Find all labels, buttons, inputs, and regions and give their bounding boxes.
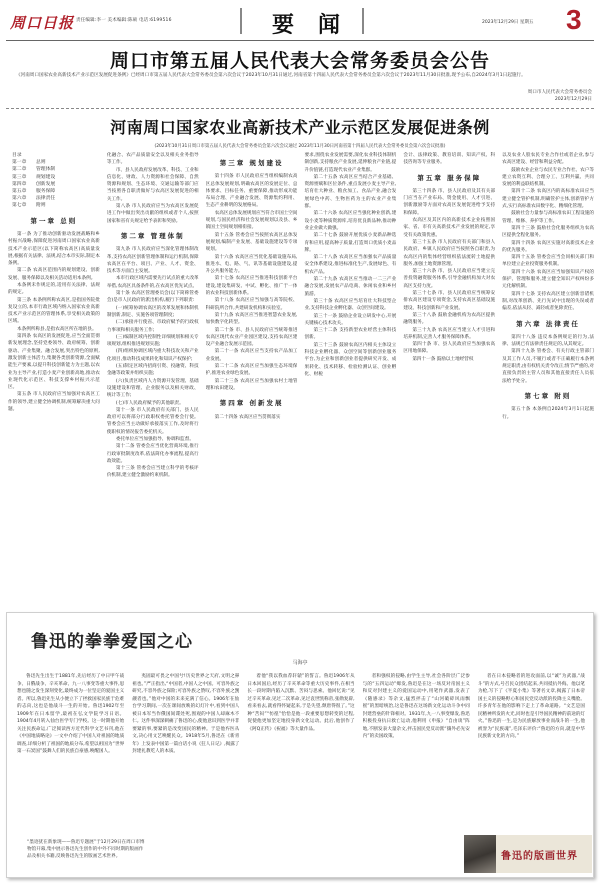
article: 第三十一条 鼓励企业设立研发中心,开展关键核心技术攻关。 [304,313,396,328]
article: 第四十三条 鼓励社会化服务组织为农高区提供全程化服务。 [502,225,594,240]
article: 第三十七条 市、县人民政府应当统筹安排农高区建设专项资金,支持农高区基础设施建设… [403,290,495,312]
article: 第二十七条 鼓励开展优质小麦新品种选育和应用,提高种子质量,打造周口优质小麦品牌… [304,232,396,254]
article: (四)组织协调区域内重大科技攻关和产业化项目,推动科技成果转化和知识产权保护; [107,348,199,363]
article: (五)制定区域内招商引资、投融资、科技金融等政策并组织实施; [107,363,199,378]
article: 市、县人民政府发展改革、科技、工业和信息化、财政、人力资源和社会保障、自然资源和… [107,167,199,203]
article: 第二十四条 农高区应当贯彻落实 [206,414,298,421]
article: 第十三条 管委会应当建立科学的考核评价机制,建立健全激励约束机制。 [107,465,199,480]
article: 第三十五条 市人民政府有关部门和县人民政府、乡镇人民政府应当按照各自职责,为农高… [403,239,495,268]
article: 第二十六条 农高区应当强化种业创新,建设小麦等种质资源库,培育优良新品种,推动种… [304,210,396,232]
article: 第四十八条 违反本条例规定的行为,法律、法规已有法律责任规定的,从其规定。 [502,334,594,349]
article: 第八条 市人民政府应当为农高区发展促进工作中做出突出贡献的组织或者个人,按照国家… [107,203,199,225]
dashed-divider [6,108,594,109]
issue-date: 2023年12月29日 星期五 [482,19,533,25]
article: 农高区总体发展规划应当符合市国土空间规划,与国民经济和社会发展规划以及县、乡镇国… [206,210,298,232]
article: 本条例未作规定的,适用有关法律、法规的规定。 [8,282,100,297]
article: (六)负责区域内人力资源开发管理、基础设施建设和管理、企业服务以及相关财政、统计… [107,378,199,400]
regulation-column-2: 化融合、农产品质量安全以及相关业务指导等工作。 市、县人民政府发展改革、科技、工… [107,152,199,612]
article: 第十二条 管委会应当优化营商环境,推行行政审批制度改革,依法简化办事流程,提高行… [107,443,199,465]
toc-item: 第七章附则 [8,202,100,209]
article: 第四十六条 农高区应当加强知识产权的保护、管理和服务,建立健全知识产权纠纷多元化… [502,269,594,291]
chapter-heading: 第六章 法律责任 [502,321,594,328]
article: 第二十九条 农高区应当推动一二三产业融合发展,发展农产品电商、休闲农业和乡村旅游… [304,276,396,298]
article: 第四十一条 鼓励以土地经营权 [403,356,495,363]
article: 第二十条 市、县人民政府应当统筹推进农高区现代农业产业园区建设,支持农高区建设产… [206,327,298,349]
feature-column: 夷固最可畏之中国兮!历史世界之天府,文明之鼻祖也。”严正指出,“中国者,中国人之… [132,673,239,843]
chapter-heading: 第四章 创新发展 [206,400,298,407]
regulation-title: 河南周口国家农业高新技术产业示范区发展促进条例 [0,115,600,138]
article: 第二十二条 农高区应当加强生态环境保护,推进农业绿色发展。 [206,363,298,378]
toc-item: 第五章服务保障 [8,188,100,195]
article: 第三十九条 农高区应当建立人才引进和培养机制,完善人才服务保障体系。 [403,327,495,342]
feature-body: 鲁迅先生出生于1881年,先后经历了中日甲午战争、日俄战争、辛亥革命、九一八事变… [17,673,585,843]
notice-body: 《河南周口国家农业高新技术产业示范区发展促进条例》已经周口市第五届人民代表大会常… [6,72,594,79]
article: 第四十九条 管委会、有关行政主管部门及其工作人员,不履行或者不正确履行本条例规定… [502,348,594,384]
article: 第三十六条 市、县人民政府应当建立完善投资融资服务体系,引导金融机构加大对农高区… [403,268,495,290]
promo-label: 鲁迅的版画世界 [501,847,578,862]
article-continued: 要求,围绕农业发展需要,深化农业科技体制机制创新,支持粮食产业发展,延伸粮食产业… [304,152,396,174]
article: 第一条 为了推动创新驱动发展战略和乡村振兴战略,保障促进河南周口国家农业高新技术… [8,231,100,267]
article: 鼓励社会力量参与高标准农田工程设施的管理、维修、养护等工作。 [502,210,594,225]
regulation-column-3: 第三章 规划建设 第十四条 市人民政府应当组织编制农高区总体发展规划,明确农高区… [206,152,298,612]
header-rule [6,40,594,41]
article: 农高区及其区内的高新技术企业按照国家、省、市有关高新技术产业发展的规定,享受有关… [403,217,495,239]
article: 第十四条 市人民政府应当组织编制农高区总体发展规划,明确农高区的发展定位、总体要… [206,173,298,209]
chapter-heading: 第二章 管理体制 [107,233,199,240]
article-continued: 化融合、农产品质量安全以及相关业务指导等工作。 [107,152,199,167]
article: 第二条 农高区范围内的规划建设、创新发展、服务保障以及相关活动适用本条例。 [8,267,100,282]
feature-title: 鲁迅的拳拳爱国之心 [31,627,193,652]
chapter-heading: 第三章 规划建设 [206,160,298,167]
section-title: 要闻 [272,8,364,39]
editors-line: 责任编辑:李一 美术编辑:陈硕 电话:6199516 [76,17,172,23]
article: 第二十一条 农高区应当支持农产品加工业发展。 [206,348,298,363]
toc-label: 目录 [8,152,100,159]
regulation-body: 目录 第一章总则 第二章管理体制 第三章规划建设 第四章创新发展 第五章服务保障… [8,152,594,612]
regulation-column-6: 以及农业人股农民专业合作社或者企业,参与农高区建设、经营和利益分配。 鼓励农业企… [502,152,594,612]
feature-article: 鲁迅的拳拳爱国之心 马海亭 鲁迅先生出生于1881年,先后经历了中日甲午战争、日… [6,612,594,878]
article: 第十九条 农高区应当推进智慧农业发展,加快数字化转型。 [206,312,298,327]
article: 第十一条 市人民政府有关部门、县人民政府可以将部分行政职权委托管委会行使。管委会… [107,407,199,436]
article: 第二十五条 农高区应当结合产业基础、资源禀赋和区位条件,重点发展小麦主导产业,培… [304,174,396,210]
article: 第四十四条 农高区实施对高新技术企业的优先服务。 [502,240,594,255]
toc-item: 第二章管理体制 [8,166,100,173]
article: (二)承接并行使省、市政府赋予的行政权力事项和相关服务工作; [107,319,199,334]
article: 第十五条 管委会应当按照农高区总体发展规划,编制产业发展、基础设施建设等专项规划… [206,232,298,254]
article: 第十条 农高区管理委员会(以下简称管委会)是市人民政府的派出机构,履行下列职责: [107,290,199,305]
promo-banner: 鲁迅的版画世界 [464,835,592,873]
article-continued: 以及农业人股农民专业合作社或者企业,参与农高区建设、经营和利益分配。 [502,152,594,167]
article: (一)统筹协调农高区的改革发展和体制机制创新,制定、实施各项管理制度; [107,305,199,320]
chapter-heading: 第一章 总则 [8,218,100,225]
article-continued: 会计、法律政策、教育培训、知识产权、科技咨询等专业服务。 [403,152,495,167]
article: 第二十三条 农高区应当加强农村土地管理和农田建设。 [206,378,298,393]
article: 第三十二条 支持新型农业经营主体科技创新。 [304,327,396,342]
page-number: 3 [566,4,582,36]
article: 第三十八条 鼓励金融机构为农高区提供融资服务。 [403,312,495,327]
article: 第五条 市人民政府应当加强对农高区工作的领导,建立健全协调机制,统筹解决重大问题… [8,391,100,413]
article: 第三十三条 鼓励农高区内相关主体设立科技企业孵化器、众创空间等创新创业服务平台,… [304,342,396,378]
divider [362,8,364,34]
feature-column: 者和强权的侵略,由学生主导,社会各阶层广泛参与的“五四运动”爆发,鲁迅是在这一场… [363,673,470,843]
toc-item: 第三章规划建设 [8,174,100,181]
article: 第三十条 农高区应当培育壮大科技型企业,支持科技企业孵化器、众创空间建设。 [304,298,396,313]
toc-item: 第四章创新发展 [8,181,100,188]
article: 本条例所称县,是指农高区所在地的县。 [8,326,100,333]
article: 第四十二条 农高区内的高标准农田应当建立健全管护机制,明确管护主体,创新管护方式… [502,188,594,210]
lu-xun-photo [464,835,496,873]
article: 第十七条 农高区应当推进科技创新平台建设,建设集研发、中试、孵化、推广于一体的农… [206,275,298,297]
article: 第五十条 本条例自2024年3月1日起施行。 [502,406,594,421]
article: 第四十五条 管委会应当会同相关部门和单位建立企业投资服务机制。 [502,254,594,269]
article: 第十八条 农高区应当加强与高等院校、科研院所合作,共建研发机构和实验室。 [206,297,298,312]
toc-item: 第六章法律责任 [8,195,100,202]
regulation-column-4: 要求,围绕农业发展需要,深化农业科技体制机制创新,支持粮食产业发展,延伸粮食产业… [304,152,396,612]
notice-signature: 周口市人民代表大会常务委员会 2023年12月29日 [528,89,592,103]
feature-column: 着他“我以我血荐轩辕”的誓言。鲁迅1906年从日本回国后,经历了辛亥革命等重大历… [247,673,354,843]
article: 第三十四条 市、县人民政府及其有关部门应当在产业布局、资金使用、人才引进、创新激… [403,188,495,217]
article: 第四十条 市、县人民政府应当加强农高区用地保障。 [403,341,495,356]
article: (七)市人民政府赋予的其他职责。 [107,400,199,407]
regulation-column-5: 会计、法律政策、教育培训、知识产权、科技咨询等专业服务。 第五章 服务保障 第三… [403,152,495,612]
feature-author: 马海亭 [7,659,593,666]
article: (三)编制区域内控制性详细规划和相关专项规划,组织推进规划实施; [107,334,199,349]
regulation-subtitle: (2023年10月31日周口市第五届人民代表大会常务委员会第六次会议通过 202… [0,143,600,149]
article: 第二十八条 农高区应当加强农产品质量安全体系建设,推进标准化生产,发展绿色、有机… [304,254,396,276]
article: 第三条 本条例所称农高区,是指国务院批复设立的,本市行政区域内纳入国家农业高新技… [8,297,100,326]
article: 第十六条 农高区应当优化基础设施布局,推进水、电、路、气、讯等基础设施建设,提升… [206,254,298,276]
regulation-column-1: 目录 第一章总则 第二章管理体制 第三章规划建设 第四章创新发展 第五章服务保障… [8,152,100,612]
article: 第九条 市人民政府应当深化管理体制改革,支持农高区创新管理体制和运行机制,保障农… [107,246,199,275]
newspaper-logo: 周口日报 [10,12,74,33]
feature-column: 鲁迅先生出生于1881年,先后经历了中日甲午战争、日俄战争、辛亥革命、九一八事变… [17,673,124,843]
article: 第四十七条 支持农高区建立创新容错机制,对改革创新、先行先试中出现的失误或者偏差… [502,291,594,313]
exhibition-caption: “墨迹犹在新象现——鲁迅专题展”于12月29日在周口市博物馆开幕,集中展示鲁迅先… [27,839,147,861]
notice-date: 2023年12月29日 [528,96,592,103]
notice-title: 周口市第五届人民代表大会常务委员会公告 [0,46,600,73]
table-of-contents: 目录 第一章总则 第二章管理体制 第三章规划建设 第四章创新发展 第五章服务保障… [8,152,100,210]
divider [240,8,242,34]
article: 鼓励农业企业与农民专业合作社、农户等建立农资互利、合理分工、互利共赢、共同发展的… [502,167,594,189]
masthead: 周口日报 责任编辑:李一 美术编辑:陈硕 电话:6199516 要闻 2023年… [0,0,600,40]
article: 本市行政区域内需要先行试点的重大改革举措,农高区具备条件的,在农高区优先试点。 [107,275,199,290]
chapter-heading: 第七章 附则 [502,393,594,400]
notice-signer: 周口市人民代表大会常务委员会 [528,89,592,96]
chapter-heading: 第五章 服务保障 [403,175,495,182]
article: 委托单位应当加强指导、协调和监督。 [107,436,199,443]
feature-column: 者在日本侵略者的进攻面前,以“诚”为武器,“战斗”的方式,号召民众团结起来,共同… [478,673,585,843]
article: 第四条 农高区的发展促进,应当全面贯彻新发展理念,坚持党委领导、政府统筹、创新驱… [8,333,100,391]
toc-item: 第一章总则 [8,159,100,166]
